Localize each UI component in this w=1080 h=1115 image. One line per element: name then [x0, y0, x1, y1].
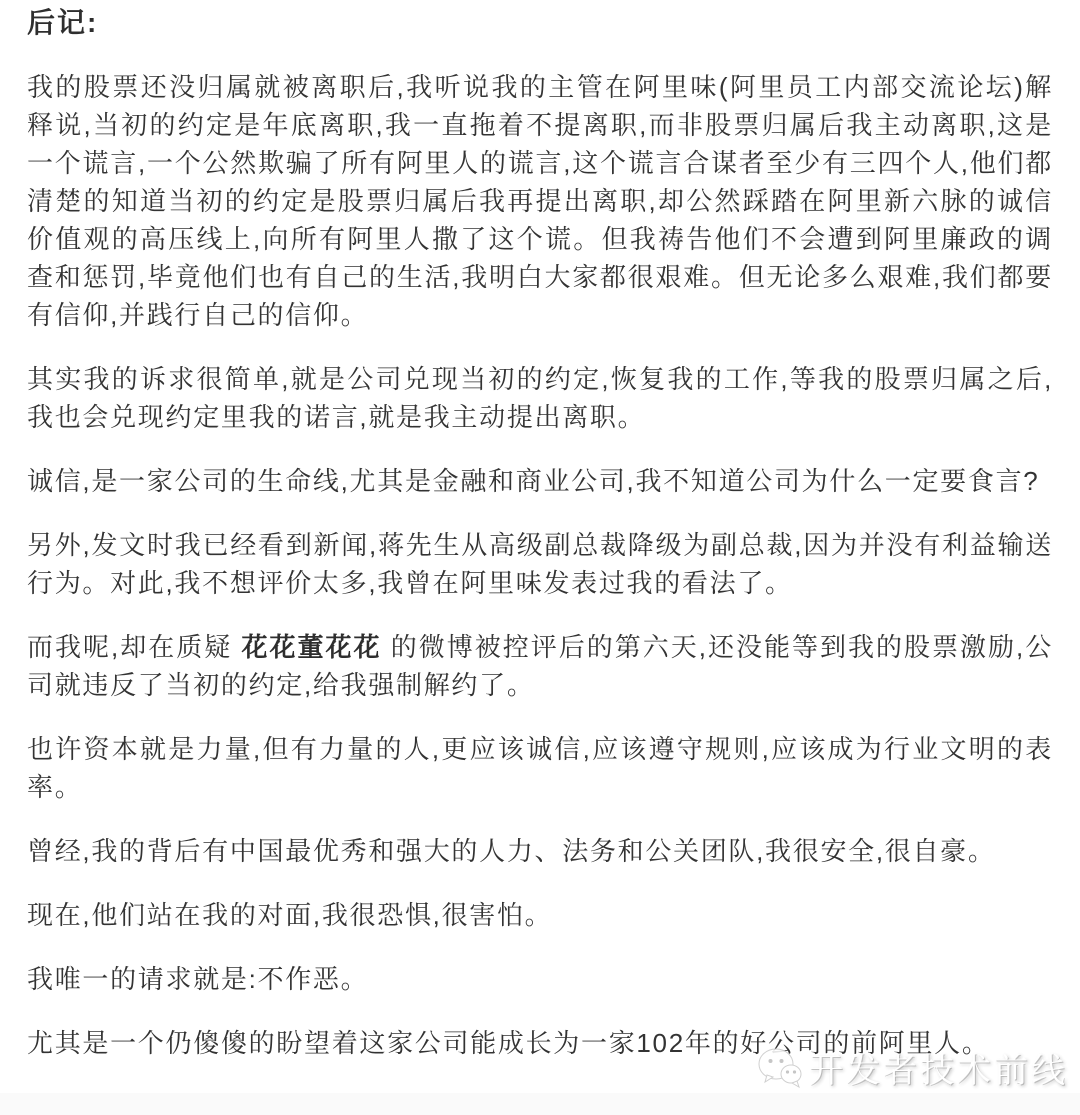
paragraph-5-pre: 而我呢,却在质疑 — [27, 632, 241, 662]
paragraph-5-bold-name: 花花董花花 — [241, 632, 381, 662]
paragraph-4: 另外,发文时我已经看到新闻,蒋先生从高级副总裁降级为副总裁,因为并没有利益输送行… — [27, 526, 1053, 602]
paragraph-6: 也许资本就是力量,但有力量的人,更应该诚信,应该遵守规则,应该成为行业文明的表率… — [27, 730, 1053, 806]
paragraph-10: 尤其是一个仍傻傻的盼望着这家公司能成长为一家102年的好公司的前阿里人。 — [27, 1024, 1053, 1062]
paragraph-8: 现在,他们站在我的对面,我很恐惧,很害怕。 — [27, 896, 1053, 934]
paragraph-5: 而我呢,却在质疑 花花董花花 的微博被控评后的第六天,还没能等到我的股票激励,公… — [27, 628, 1053, 704]
paragraph-9: 我唯一的请求就是:不作恶。 — [27, 960, 1053, 998]
paragraph-1: 我的股票还没归属就被离职后,我听说我的主管在阿里味(阿里员工内部交流论坛)解释说… — [27, 68, 1053, 334]
paragraph-7: 曾经,我的背后有中国最优秀和强大的人力、法务和公关团队,我很安全,很自豪。 — [27, 832, 1053, 870]
paragraph-3: 诚信,是一家公司的生命线,尤其是金融和商业公司,我不知道公司为什么一定要食言? — [27, 462, 1053, 500]
paragraph-2: 其实我的诉求很简单,就是公司兑现当初的约定,恢复我的工作,等我的股票归属之后,我… — [27, 360, 1053, 436]
article-page: 后记: 我的股票还没归属就被离职后,我听说我的主管在阿里味(阿里员工内部交流论坛… — [0, 0, 1080, 1115]
footer-strip — [0, 1093, 1080, 1115]
page-title: 后记: — [27, 4, 1053, 42]
